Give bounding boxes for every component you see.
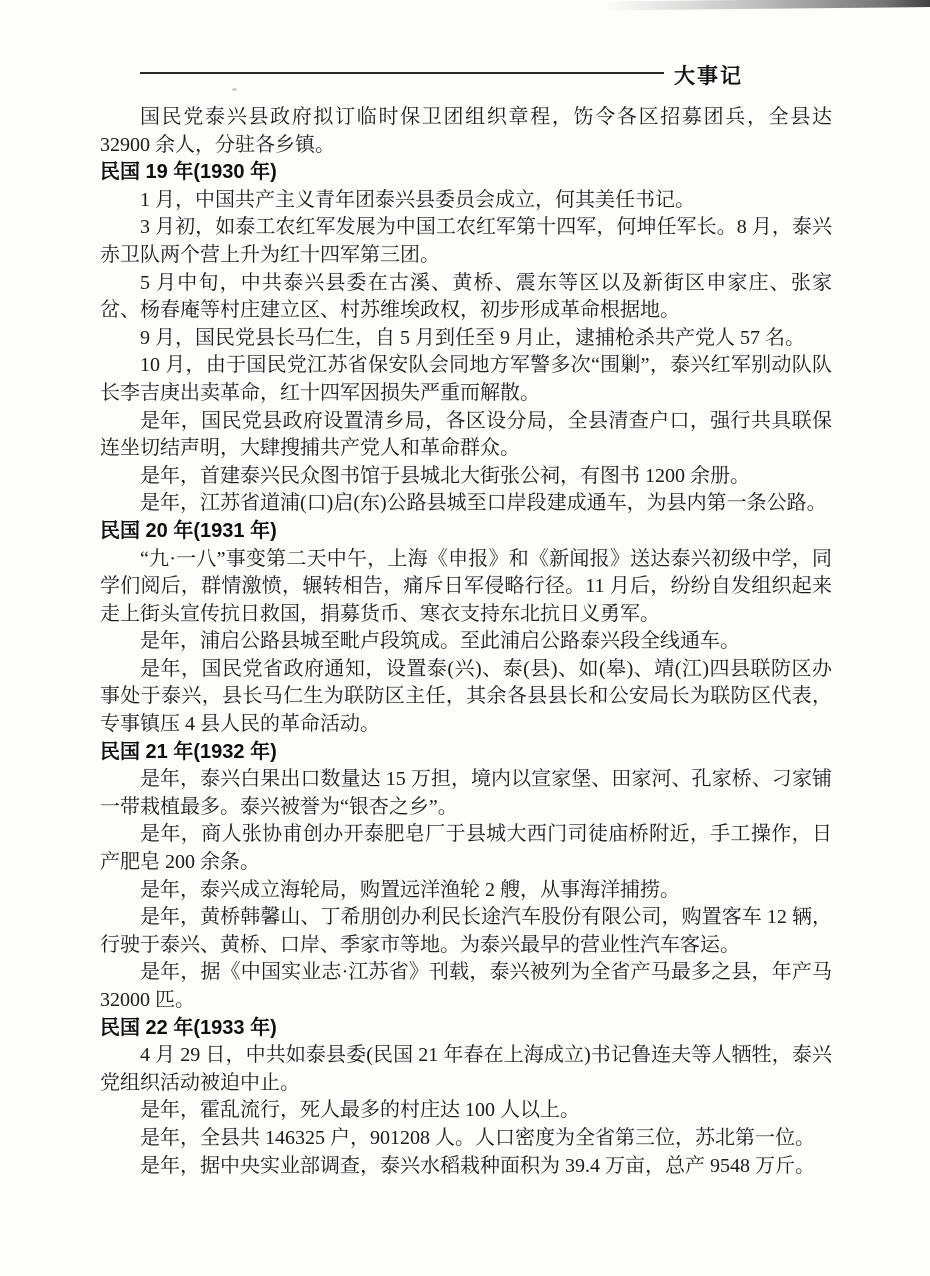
running-head-rule [140, 72, 664, 74]
year-heading: 民国 20 年(1931 年) [100, 518, 832, 546]
entry-paragraph: 5 月中旬，中共泰兴县委在古溪、黄桥、震东等区以及新街区申家庄、张家岔、杨春庵等… [100, 270, 832, 325]
chronicle-text-block: 国民党泰兴县政府拟订临时保卫团组织章程，饬令各区招募团兵，全县达 32900 余… [100, 104, 832, 1180]
entry-paragraph: 是年，据中央实业部调查，泰兴水稻栽种面积为 39.4 万亩，总产 9548 万斤… [100, 1153, 832, 1181]
entry-paragraph: 10 月，由于国民党江苏省保安队会同地方军警多次“围剿”，泰兴红军别动队队长李吉… [100, 352, 832, 407]
entry-paragraph: 是年，泰兴成立海轮局，购置远洋渔轮 2 艘，从事海洋捕捞。 [100, 877, 832, 905]
entry-paragraph: 是年，首建泰兴民众图书馆于县城北大街张公祠，有图书 1200 余册。 [100, 463, 832, 491]
entry-paragraph: 是年，浦启公路县城至毗卢段筑成。至此浦启公路泰兴段全线通车。 [100, 628, 832, 656]
entry-paragraph: 3 月初，如泰工农红军发展为中国工农红军第十四军，何坤任军长。8 月，泰兴赤卫队… [100, 214, 832, 269]
entry-paragraph: 国民党泰兴县政府拟订临时保卫团组织章程，饬令各区招募团兵，全县达 32900 余… [100, 104, 832, 159]
scan-artifact-top-right [604, 0, 930, 10]
entry-paragraph: “九·一八”事变第二天中午，上海《申报》和《新闻报》送达泰兴初级中学，同学们阅后… [100, 546, 832, 629]
running-head-title: 大事记 [674, 60, 743, 90]
year-heading: 民国 21 年(1932 年) [100, 739, 832, 767]
entry-paragraph: 是年，国民党省政府通知，设置泰(兴)、泰(县)、如(皋)、靖(江)四县联防区办事… [100, 656, 832, 739]
entry-paragraph: 9 月，国民党县长马仁生，自 5 月到任至 9 月止，逮捕枪杀共产党人 57 名… [100, 325, 832, 353]
entry-paragraph: 4 月 29 日，中共如泰县委(民国 21 年春在上海成立)书记鲁连夫等人牺牲，… [100, 1042, 832, 1097]
entry-paragraph: 是年，国民党县政府设置清乡局，各区设分局，全县清查户口，强行共具联保连坐切结声明… [100, 408, 832, 463]
scan-speck [232, 88, 237, 91]
entry-paragraph: 是年，商人张协甫创办开泰肥皂厂于县城大西门司徒庙桥附近，手工操作，日产肥皂 20… [100, 821, 832, 876]
entry-paragraph: 是年，江苏省道浦(口)启(东)公路县城至口岸段建成通车，为县内第一条公路。 [100, 490, 832, 518]
entry-paragraph: 是年，霍乱流行，死人最多的村庄达 100 人以上。 [100, 1097, 832, 1125]
year-heading: 民国 19 年(1930 年) [100, 159, 832, 187]
entry-paragraph: 是年，全县共 146325 户，901208 人。人口密度为全省第三位，苏北第一… [100, 1125, 832, 1153]
entry-paragraph: 是年，黄桥韩馨山、丁希朋创办利民长途汽车股份有限公司，购置客车 12 辆，行驶于… [100, 904, 832, 959]
year-heading: 民国 22 年(1933 年) [100, 1015, 832, 1043]
entry-paragraph: 是年，据《中国实业志·江苏省》刊载，泰兴被列为全省产马最多之县，年产马 3200… [100, 959, 832, 1014]
entry-paragraph: 1 月，中国共产主义青年团泰兴县委员会成立，何其美任书记。 [100, 187, 832, 215]
scanned-book-page: 大事记 国民党泰兴县政府拟订临时保卫团组织章程，饬令各区招募团兵，全县达 329… [0, 0, 930, 1276]
entry-paragraph: 是年，泰兴白果出口数量达 15 万担，境内以宣家堡、田家河、孔家桥、刁家铺一带栽… [100, 766, 832, 821]
